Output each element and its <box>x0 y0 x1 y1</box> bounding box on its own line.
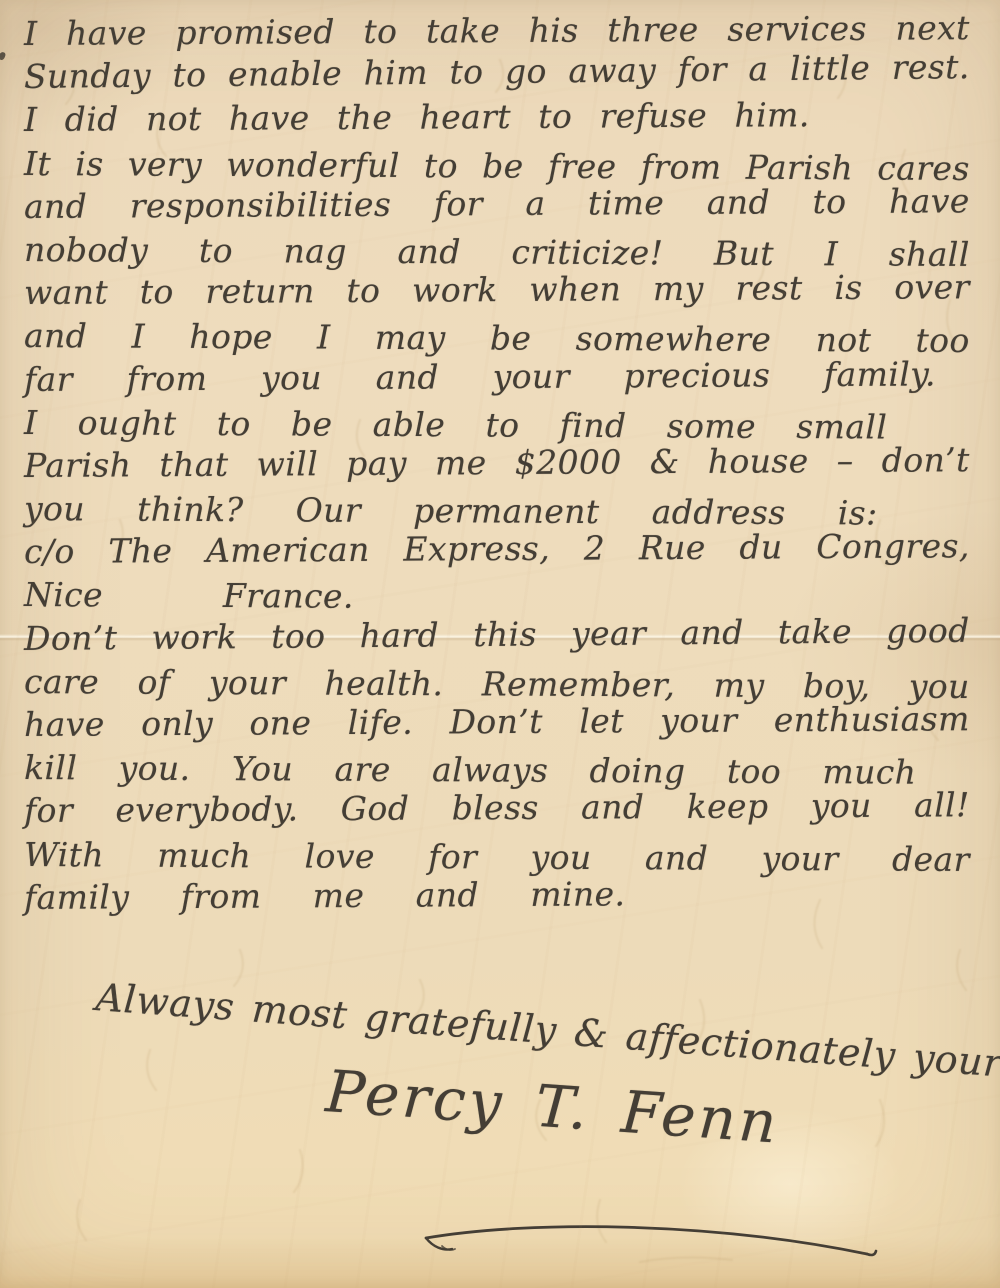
letter-line: want to return to work when my rest is o… <box>24 265 970 314</box>
letter-line: Nice France. <box>24 573 354 618</box>
ink-speck <box>0 51 6 61</box>
letter-line: have only one life. Don’t let your enthu… <box>24 697 970 746</box>
letter-line: Parish that will pay me $2000 & house – … <box>24 438 970 487</box>
signature-flourish-line <box>412 1212 902 1272</box>
letter-line: Sunday to enable him to go away for a li… <box>24 45 970 98</box>
letter-body: I have promised to take his three servic… <box>24 12 994 919</box>
letter-line: family from me and mine. <box>24 872 626 919</box>
letter-line: and responsibilities for a time and to h… <box>24 179 970 228</box>
closing-line: Always most gratefully & affectionately … <box>94 974 951 1083</box>
signature: Percy T. Fenn <box>324 1056 782 1158</box>
letter-line: for everybody. God bless and keep you al… <box>24 784 970 833</box>
letter-line: Don’t work too hard this year and take g… <box>24 608 970 659</box>
letter-page: I have promised to take his three servic… <box>0 0 1000 1288</box>
letter-line: I did not have the heart to refuse him. <box>24 94 810 142</box>
letter-line: c/o The American Express, 2 Rue du Congr… <box>24 524 970 573</box>
letter-line: far from you and your precious family. <box>24 352 936 401</box>
